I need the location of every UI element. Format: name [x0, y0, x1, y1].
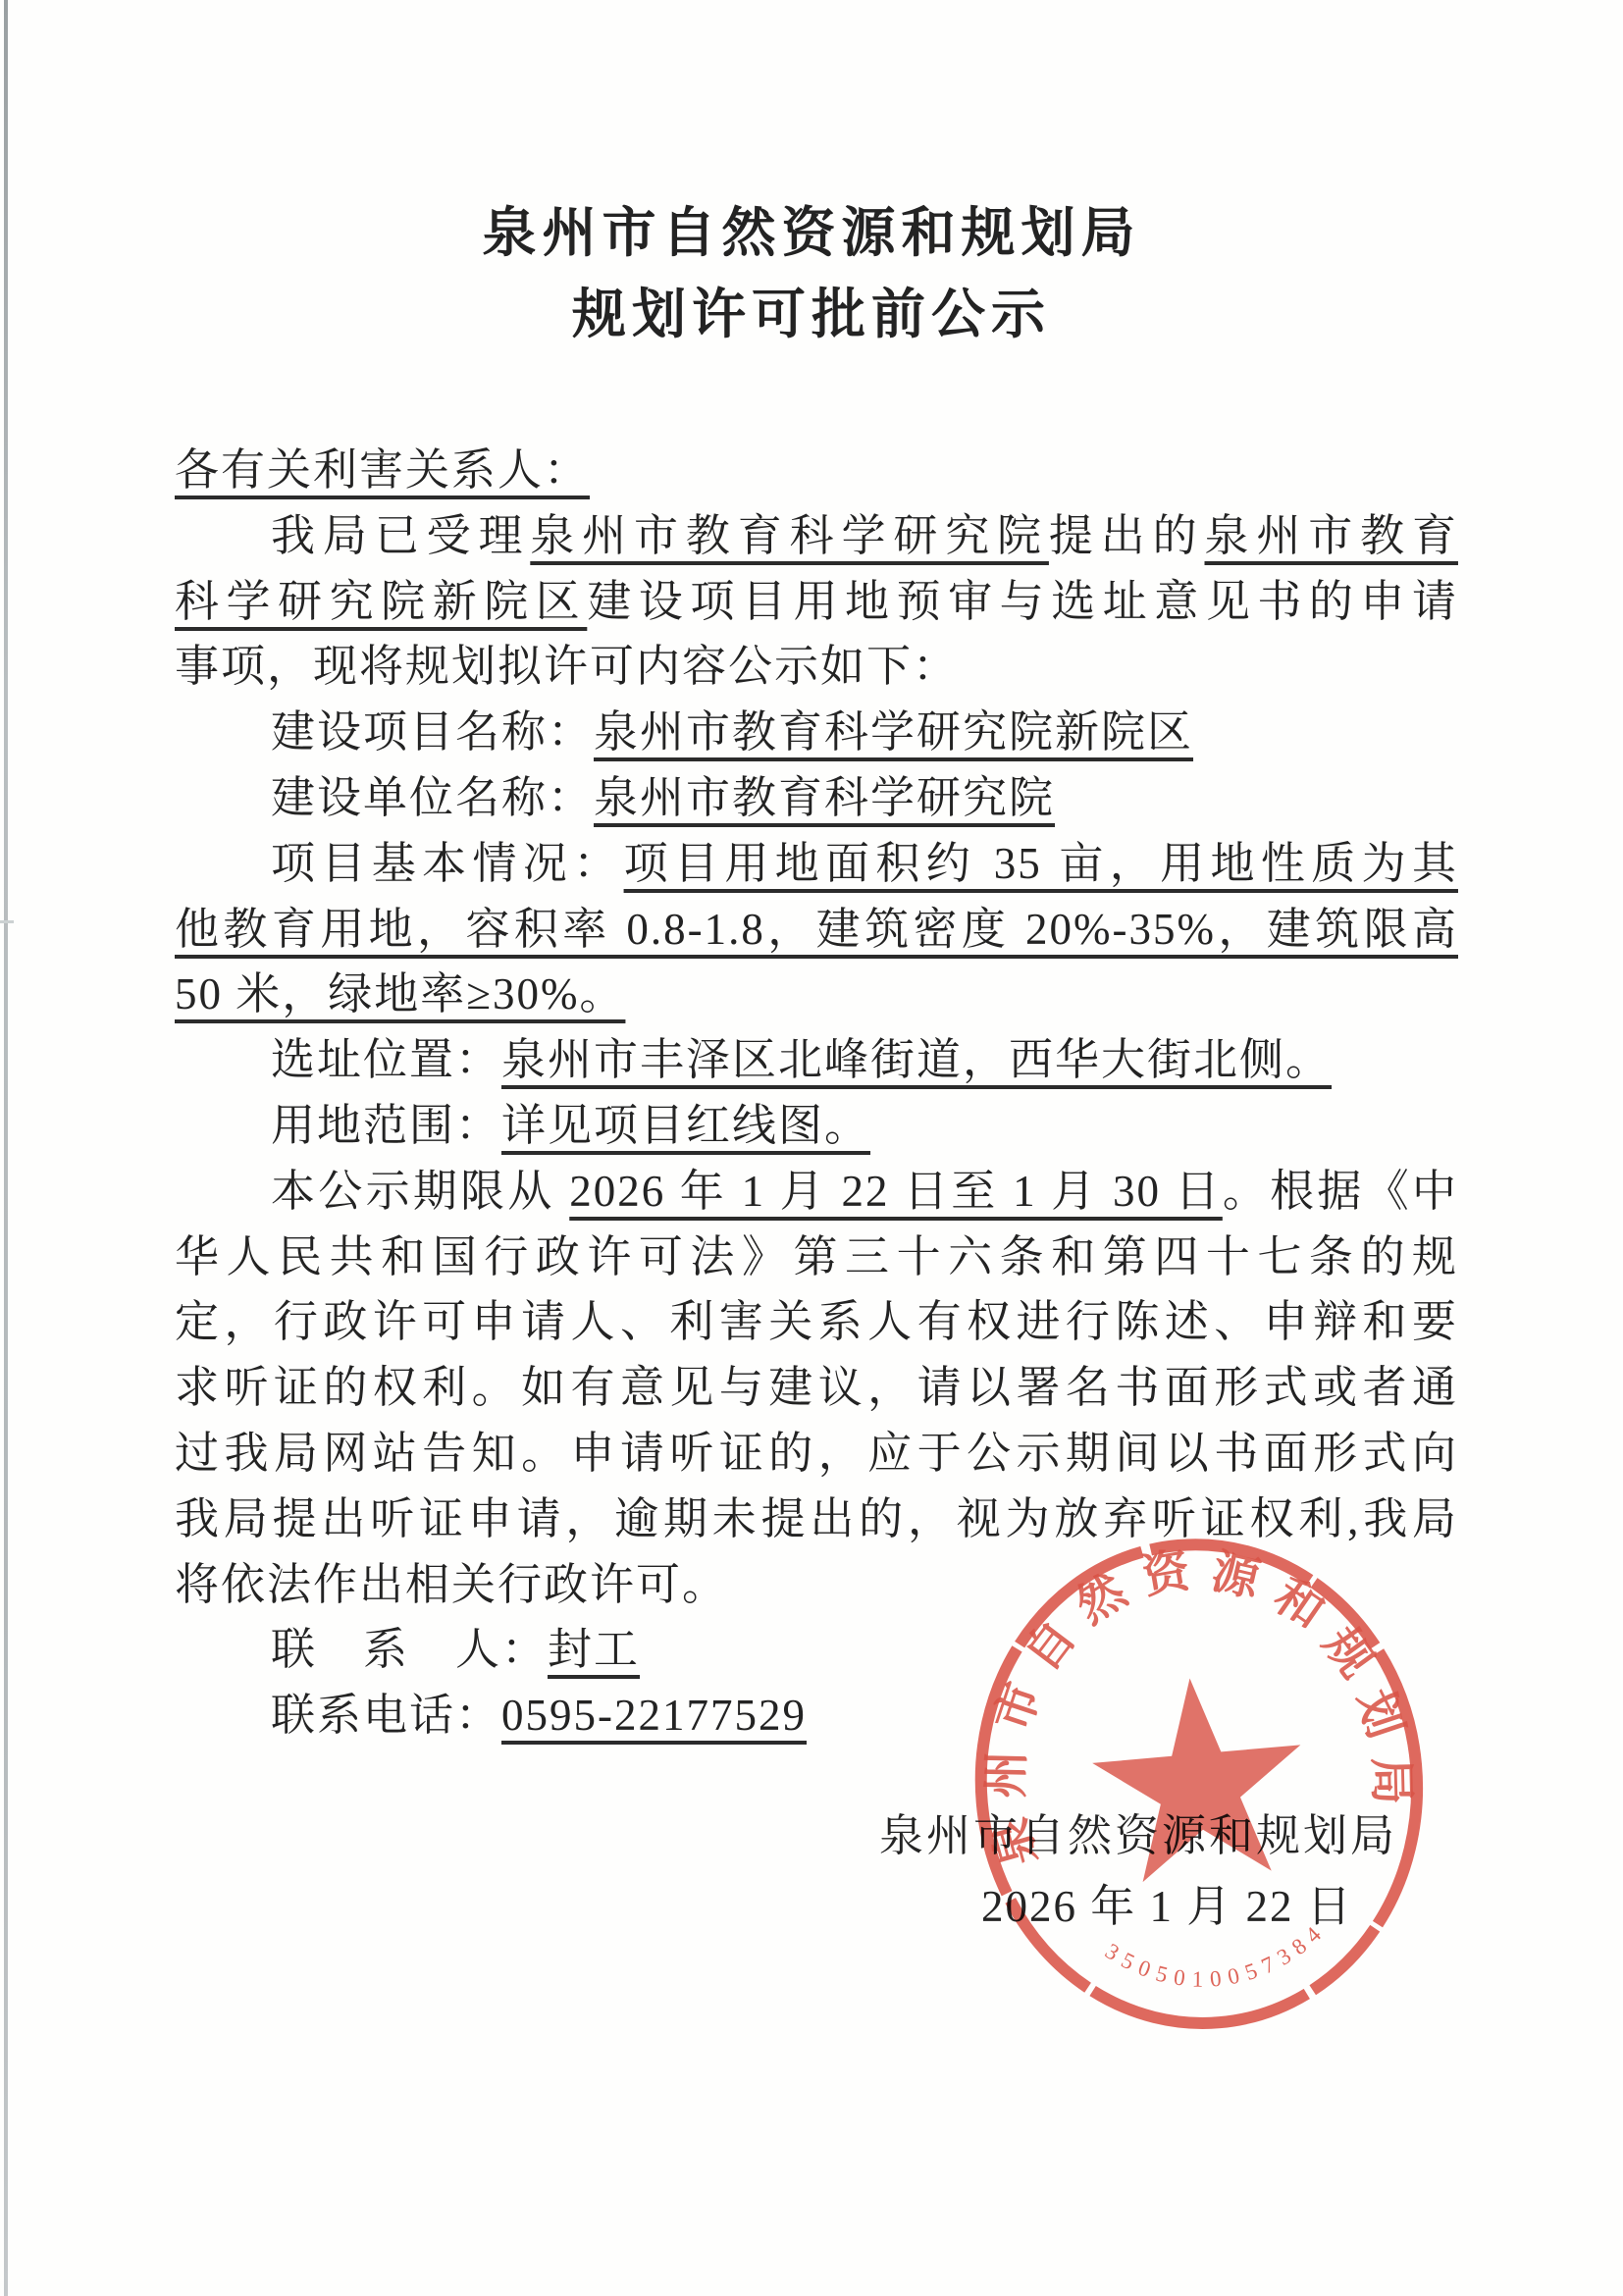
- svg-text:3505010057384: 3505010057384: [1099, 1916, 1335, 2001]
- body-line: 他教育用地，容积率 0.8-1.8，建筑密度 20%-35%，建筑限高: [175, 897, 1458, 963]
- body-line: 项目基本情况：项目用地面积约 35 亩，用地性质为其: [175, 831, 1458, 897]
- body-text: 建设项目名称：: [271, 707, 594, 757]
- document-page: 泉州市自然资源和规划局 规划许可批前公示 各有关利害关系人：我局已受理泉州市教育…: [0, 0, 1623, 2296]
- body-text: 事项，现将规划拟许可内容公示如下：: [175, 642, 959, 691]
- underlined-text: 各有关利害关系人：: [175, 445, 590, 495]
- body-line: 建设项目名称：泉州市教育科学研究院新院区: [175, 700, 1458, 765]
- underlined-text: 2026 年 1 月 22 日至 1 月 30 日: [569, 1167, 1223, 1216]
- body-text: 求听证的权利。如有意见与建议，请以署名书面形式或者通: [175, 1363, 1458, 1412]
- underlined-text: 50 米，绿地率≥30%。: [175, 969, 625, 1018]
- body-text: 提出的: [1049, 511, 1205, 560]
- underlined-text: 他教育用地，容积率 0.8-1.8，建筑密度 20%-35%，建筑限高: [175, 905, 1458, 954]
- underlined-text: 封工: [548, 1625, 640, 1674]
- seal-serial-number: 3505010057384: [1099, 1916, 1335, 2001]
- underlined-text: 项目用地面积约 35 亩，用地性质为其: [624, 839, 1458, 888]
- scan-dash-artifact: [0, 920, 14, 923]
- body-text: 过我局网站告知。申请听证的，应于公示期间以书面形式向: [175, 1429, 1458, 1478]
- underlined-text: 科学研究院新院区: [175, 577, 587, 626]
- body-line: 选址位置：泉州市丰泽区北峰街道，西华大街北侧。: [175, 1027, 1458, 1093]
- official-seal-stamp: 泉州市自然资源和规划局 3505010057384: [947, 1515, 1454, 2054]
- body-line: 本公示期限从 2026 年 1 月 22 日至 1 月 30 日。根据《中: [175, 1159, 1458, 1225]
- title-line-2: 规划许可批前公示: [0, 274, 1623, 355]
- body-line: 50 米，绿地率≥30%。: [175, 962, 1458, 1027]
- body-line: 科学研究院新院区建设项目用地预审与选址意见书的申请: [175, 569, 1458, 635]
- body-line: 我局已受理泉州市教育科学研究院提出的泉州市教育: [175, 503, 1458, 569]
- body-text: 本公示期限从: [271, 1167, 569, 1216]
- underlined-text: 详见项目红线图。: [501, 1101, 870, 1150]
- body-text: 联系电话：: [271, 1691, 501, 1740]
- body-text: 将依法作出相关行政许可。: [175, 1560, 728, 1609]
- body-line: 求听证的权利。如有意见与建议，请以署名书面形式或者通: [175, 1355, 1458, 1421]
- body-line: 过我局网站告知。申请听证的，应于公示期间以书面形式向: [175, 1421, 1458, 1487]
- body-text: 华人民共和国行政许可法》第三十六条和第四十七条的规: [175, 1232, 1458, 1281]
- body-line: 用地范围：详见项目红线图。: [175, 1093, 1458, 1159]
- body-text: 。根据《中: [1223, 1167, 1458, 1216]
- body-line: 事项，现将规划拟许可内容公示如下：: [175, 634, 1458, 700]
- body-text: 联 系 人：: [271, 1625, 548, 1674]
- body-text: 定，行政许可申请人、利害关系人有权进行陈述、申辩和要: [175, 1297, 1458, 1346]
- underlined-text: 泉州市教育: [1205, 511, 1458, 560]
- document-title: 泉州市自然资源和规划局 规划许可批前公示: [0, 192, 1623, 355]
- underlined-text: 泉州市丰泽区北峰街道，西华大街北侧。: [501, 1035, 1332, 1084]
- underlined-text: 泉州市教育科学研究院新院区: [594, 707, 1193, 757]
- title-line-1: 泉州市自然资源和规划局: [0, 192, 1623, 274]
- body-text: 用地范围：: [271, 1101, 501, 1150]
- body-text: 选址位置：: [271, 1035, 501, 1084]
- body-line: 华人民共和国行政许可法》第三十六条和第四十七条的规: [175, 1225, 1458, 1290]
- body-text: 项目基本情况：: [271, 839, 624, 888]
- body-line: 各有关利害关系人：: [175, 438, 1458, 503]
- body-line: 建设单位名称：泉州市教育科学研究院: [175, 765, 1458, 831]
- body-text: 我局已受理: [271, 511, 530, 560]
- underlined-text: 泉州市教育科学研究院: [594, 773, 1055, 822]
- seal-star-icon: [1085, 1669, 1311, 1885]
- underlined-text: 泉州市教育科学研究院: [530, 511, 1049, 560]
- body-text: 建设项目用地预审与选址意见书的申请: [587, 577, 1458, 626]
- body-text: 建设单位名称：: [271, 773, 594, 822]
- underlined-text: 0595-22177529: [501, 1691, 807, 1740]
- body-line: 定，行政许可申请人、利害关系人有权进行陈述、申辩和要: [175, 1289, 1458, 1355]
